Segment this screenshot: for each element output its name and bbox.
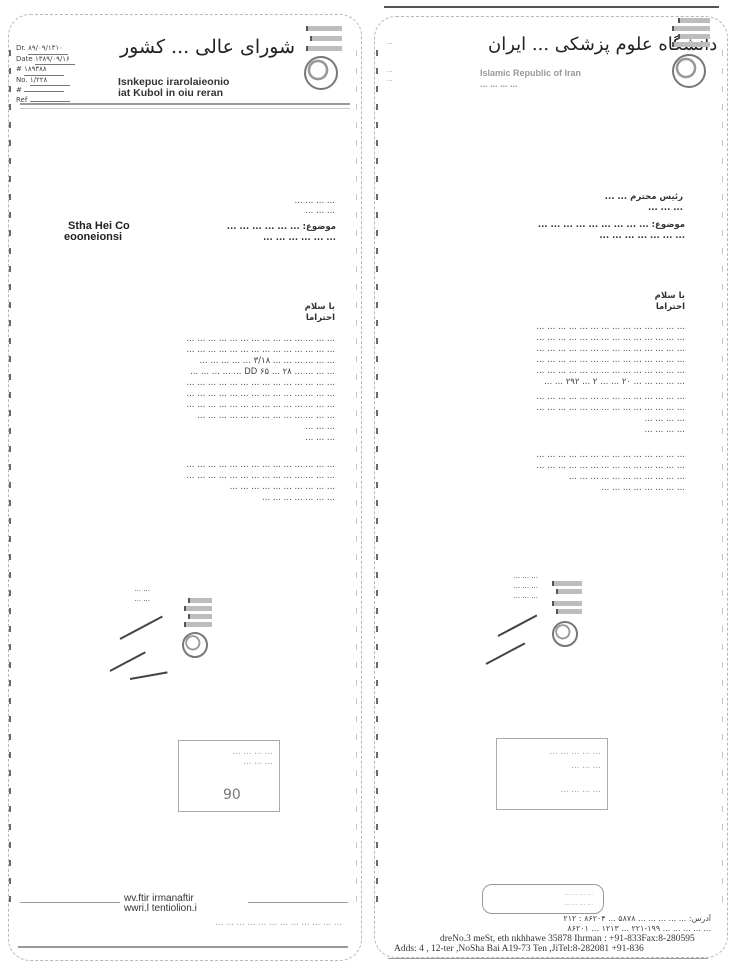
salutation: با سلام: [275, 302, 335, 313]
recipient-line: ... ... ...: [573, 203, 683, 214]
paragraph-line: ... ... ... ... ... ... ... ... ... ... …: [395, 450, 685, 461]
paragraph-line: ... ... ... ... ... ... ... ... ... ... …: [395, 333, 685, 344]
footer-rule: [20, 902, 120, 903]
paragraph-line: ... ... ... ... ... ... ... ... ... ... …: [395, 392, 685, 403]
letterhead-english-title: Isnkepuc irarolaieonio iat Kubol in oiu …: [118, 77, 229, 99]
perforation-edge: [356, 50, 357, 910]
paragraph-line: ... ... ... ... ... ... ۳/۱۸ ... ... ...…: [35, 356, 335, 367]
paragraph-line: ... ... ... ... ... ... ... ... ... ... …: [395, 461, 685, 472]
perforation-edge: [9, 50, 11, 910]
salutation: احتراماً: [625, 302, 685, 313]
perforation-edge: [722, 50, 723, 910]
paragraph-line: ... ... ... ... ... ... ... ... ... ... …: [35, 389, 335, 400]
paragraph-line: ... ... ... ... ... ... ... ... ... ... …: [395, 322, 685, 333]
header-divider: [20, 103, 350, 105]
signature-stamp: ... ... ... ... ... ... ... ... ...: [480, 565, 590, 675]
paragraph-line: ... ... ... ... ... ... ... ... ... ... …: [35, 460, 335, 471]
paragraph-line: ... ... ... ... ... ... ... ... ... ... …: [395, 403, 685, 414]
salutation: با سلام: [625, 291, 685, 302]
top-rule: [384, 6, 719, 8]
paragraph-line: ... ... ... ... ... ۲۰ ... ... ۲ ... ۲۹۲…: [526, 377, 686, 388]
paragraph-line: ... ... ...: [170, 422, 335, 433]
perforation-edge: [376, 50, 378, 910]
paragraph-line: ... ... ... ...: [395, 425, 685, 436]
subject-block: موضوع: ... ... ... ... ... ... ... ... .…: [68, 222, 336, 244]
salutation: احتراماً: [275, 313, 335, 324]
footer-emblem-frame: ... ... ... ... ... ... ... ...: [482, 884, 604, 914]
recipient-line: ... ... ...: [255, 206, 335, 217]
paragraph-line: ... ... ... ... ... ... ... ... ... ... …: [35, 378, 335, 389]
footer-english-address: dreNo.3 meSt, eth nkhhawe 35878 Ihrman :…: [394, 934, 695, 954]
paragraph-line: ... ... ... ... ... ... ... ... ... ...: [35, 482, 335, 493]
letterhead-persian-title: شورای عالی ... کشور: [120, 36, 295, 58]
emblem-crest-icon: [302, 22, 342, 92]
subject-line: موضوع: ... ... ... ... ... ... ... ... .…: [430, 220, 685, 231]
footer-divider: [18, 946, 348, 948]
right-letter: ... ... ... دانشگاه علوم پزشکی ... ایران…: [370, 0, 733, 970]
emblem-crest-icon: [670, 14, 710, 84]
subject-line: ... ... ... ... ... ... ...: [430, 231, 685, 242]
paragraph-line: ... ... ... ... ... ... ... ... ... ... …: [526, 366, 686, 377]
emblem-crest-icon: [172, 596, 212, 666]
paragraph-line: ... ... ... ... ... ... ... ... ... ... …: [35, 411, 335, 422]
paragraph-line: ... ... ... ... ... ... ... ... ... ... …: [35, 334, 335, 345]
signature-stamp: ... ... ... ...: [100, 578, 210, 688]
footer-persian-address: آدرس: ... ... ... ... ... ۵۸۷۸ ... ۸۶۲۰۴…: [381, 914, 711, 934]
reference-block: Dr. ۸۹/۰۹/۱۳۱۰ Date ۱۳۸۹/۰۹/۱۶ # ۱۸۹۳۸۸ …: [16, 44, 75, 105]
footer-rule: [248, 902, 348, 903]
stamp-number: 90: [223, 787, 241, 803]
left-letter: Dr. ۸۹/۰۹/۱۳۱۰ Date ۱۳۸۹/۰۹/۱۶ # ۱۸۹۳۸۸ …: [0, 0, 370, 970]
receipt-stamp: ... ... ... ... ... ... ... 90: [178, 740, 280, 812]
footer-website: wv.ftir irmanaftir wwri.l tentiolion.i: [124, 894, 197, 914]
paragraph-line: ... ... ... ... ... ... ... ... ... ... …: [35, 471, 335, 482]
paragraph-line: ... ... ... ... ... ... ... ... ... ... …: [35, 345, 335, 356]
paragraph-line: ... ... ... ... ... ... ...: [35, 493, 335, 504]
emblem-crest-icon: [542, 579, 582, 649]
reference-block: ... ... ...: [386, 38, 393, 85]
paragraph-line: ... ... ... ... ... ... ... ... ... ... …: [395, 472, 685, 483]
paragraph-line: ... ... ... ... ... ... ... ...: [395, 483, 685, 494]
paragraph-line: ... ... ... ... ... ... ... ... ... ... …: [395, 355, 685, 366]
paragraph-line: ... ... ... ... ... ... ... ... ... ... …: [395, 344, 685, 355]
letterhead-english-title: Islamic Republic of Iran ... ... ... ...: [480, 68, 581, 90]
paragraph-line: ... ... ...: [170, 433, 335, 444]
paragraph-line: ... ... ... ...: [395, 414, 685, 425]
paragraph-line: ... ... ... ... DD ۶۵ ... ۲۸ ... ... ...…: [35, 367, 335, 378]
footer-address: ... ... ... ... ... ... ... ... ... ... …: [22, 918, 342, 929]
receipt-stamp: ... ... ... ... ... ... ... ... ... ... …: [496, 738, 608, 810]
footer-divider: [388, 958, 708, 959]
recipient-line: رئیس محترم ... ...: [573, 192, 683, 203]
paragraph-line: ... ... ... ... ... ... ... ... ... ... …: [35, 400, 335, 411]
header-divider: [20, 108, 350, 109]
